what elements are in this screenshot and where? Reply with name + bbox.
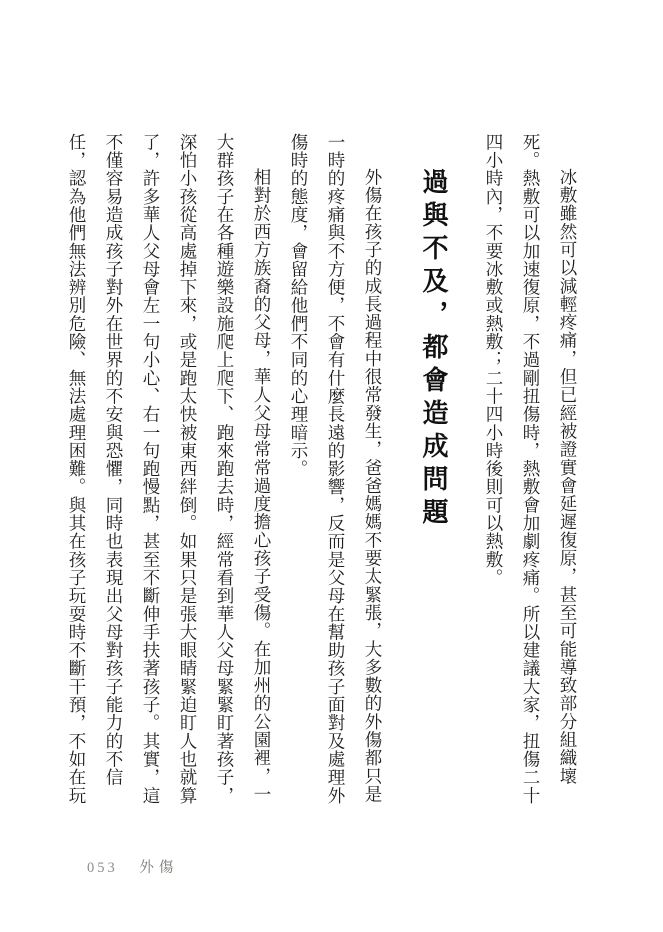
page-footer: 053 外傷 <box>87 856 178 877</box>
paragraph-injury-attitude: 外傷在孩子的成長過程中很常發生，爸爸媽媽不要太緊張，大多數的外傷都只是一時的疼痛… <box>280 133 391 805</box>
body-text-block: 冰敷雖然可以減輕疼痛，但已經被證實會延遲復原，甚至可能導致部分組織壞死。熱敷可以… <box>58 133 586 805</box>
paragraph-ice-heat-advice: 冰敷雖然可以減輕疼痛，但已經被證實會延遲復原，甚至可能導致部分組織壞死。熱敷可以… <box>475 133 586 805</box>
book-page: 冰敷雖然可以減輕疼痛，但已經被證實會延遲復原，甚至可能導致部分組織壞死。熱敷可以… <box>0 0 663 932</box>
section-heading: 過與不及，都會造成問題 <box>420 133 446 805</box>
page-number: 053 <box>87 860 118 876</box>
paragraph-parent-worry: 相對於西方族裔的父母，華人父母常常過度擔心孩子受傷。在加州的公園裡，一大群孩子在… <box>58 133 280 805</box>
chapter-label: 外傷 <box>139 860 178 876</box>
